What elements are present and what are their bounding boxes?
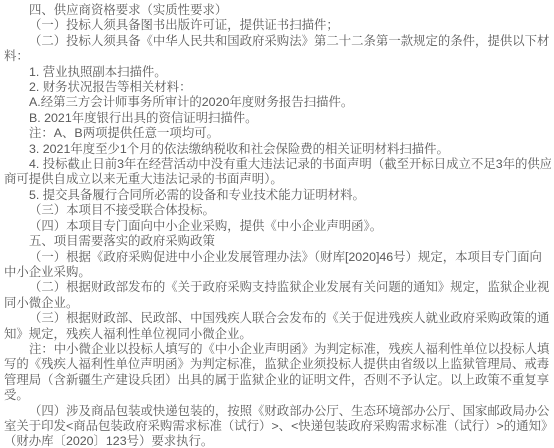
document-line: （一）根据《政府采购促进中小企业发展管理办法》（财库[2020]46号）规定，本…	[4, 250, 551, 265]
document-line: 注：中小微企业以投标人填写的《中小企业声明函》为判定标准，残疾人福利性单位以投标…	[4, 342, 551, 357]
document-line: 知》规定，残疾人福利性单位视同小微企业。	[4, 327, 551, 342]
document-line: 同小微企业。	[4, 296, 551, 311]
document-line: 5. 提交具备履行合同所必需的设备和专业技术能力证明材料。	[4, 188, 551, 203]
document-line: （二）投标人须具备《中华人民共和国政府采购法》第二十二条第一款规定的条件，提供以…	[4, 34, 551, 49]
document-line: 写的《残疾人福利性单位声明函》为判定标准，监狱企业须投标人提供由省级以上监狱管理…	[4, 357, 551, 372]
document-line: 1. 营业执照副本扫描件。	[4, 65, 551, 80]
document-page: 四、供应商资格要求（实质性要求）（一）投标人须具备图书出版许可证，提供证书扫描件…	[0, 0, 554, 448]
document-line: （财办库〔2020〕123号）要求执行。	[4, 434, 551, 448]
document-line: 五、项目需要落实的政府采购政策	[4, 234, 551, 249]
document-line: 注：A、B两项提供任意一项均可。	[4, 126, 551, 141]
document-line: 管理局（含新疆生产建设兵团）出具的属于监狱企业的证明文件，否则不予认定。以上政策…	[4, 373, 551, 388]
document-line: 3. 2021年度至少1个月的依法缴纳税收和社会保险费的相关证明材料扫描件。	[4, 142, 551, 157]
document-line: 室关于印发<商品包装政府采购需求标准（试行）>、<快递包装政府采购需求标准（试行…	[4, 419, 551, 434]
document-line: 中小企业采购。	[4, 265, 551, 280]
document-line: A.经第三方会计师事务所审计的2020年度财务报告扫描件。	[4, 95, 551, 110]
document-line: （二）根据财政部发布的《关于政府采购支持监狱企业发展有关问题的通知》规定，监狱企…	[4, 280, 551, 295]
document-line: （三）本项目不接受联合体投标。	[4, 203, 551, 218]
document-line: （四）涉及商品包装或快递包装的，按照《财政部办公厅、生态环境部办公厅、国家邮政局…	[4, 404, 551, 419]
document-line: 4. 投标截止日前3年在经营活动中没有重大违法记录的书面声明（截至开标日成立不足…	[4, 157, 551, 172]
document-line: 受。	[4, 388, 551, 403]
document-line: 料：	[4, 49, 551, 64]
document-line: 商可提供自成立以来无重大违法记录的书面声明）。	[4, 172, 551, 187]
document-line: （三）根据财政部、民政部、中国残疾人联合会发布的《关于促进残疾人就业政府采购政策…	[4, 311, 551, 326]
document-line: 2. 财务状况报告等相关材料：	[4, 80, 551, 95]
document-line: （一）投标人须具备图书出版许可证，提供证书扫描件；	[4, 18, 551, 33]
document-line: B. 2021年度银行出具的资信证明扫描件。	[4, 111, 551, 126]
document-line: （四）本项目专门面向中小企业采购，提供《中小企业声明函》。	[4, 219, 551, 234]
document-line: 四、供应商资格要求（实质性要求）	[4, 3, 551, 18]
